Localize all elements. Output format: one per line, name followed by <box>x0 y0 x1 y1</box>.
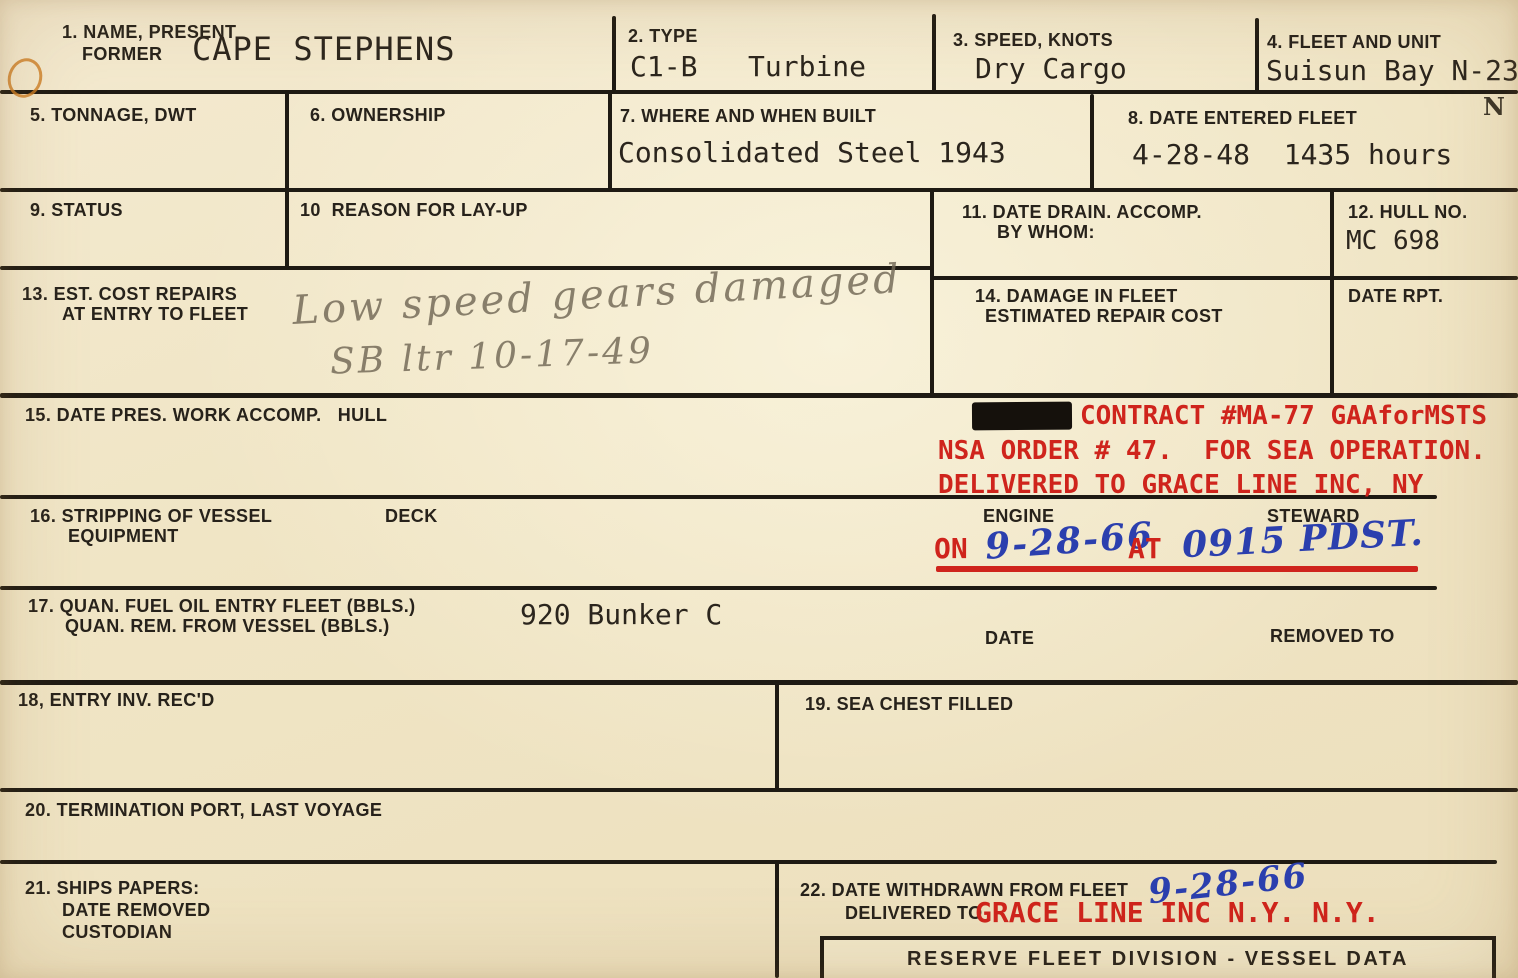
field21-label-date-removed: DATE REMOVED <box>62 900 210 921</box>
field5-label: 5. TONNAGE, DWT <box>30 105 197 126</box>
field3-label: 3. SPEED, KNOTS <box>953 30 1113 51</box>
field11-label-by-whom: BY WHOM: <box>997 222 1095 243</box>
field1-label-former: FORMER <box>82 44 162 65</box>
field8-value-date-entered: 4-28-48 1435 hours <box>1132 138 1452 171</box>
grid-line <box>930 188 934 398</box>
date-rpt-label: DATE RPT. <box>1348 286 1443 307</box>
field12-value-hull-no: MC 698 <box>1346 226 1440 256</box>
field4-label: 4. FLEET AND UNIT <box>1267 32 1441 53</box>
field16-label-equipment: EQUIPMENT <box>68 526 179 547</box>
field7-label: 7. WHERE AND WHEN BUILT <box>620 106 876 127</box>
field1-value-ship-name: CAPE STEPHENS <box>192 30 455 68</box>
field13-label: 13. EST. COST REPAIRS <box>22 284 237 305</box>
field3-value-speed: Dry Cargo <box>975 52 1127 85</box>
vessel-data-card: 1. NAME, PRESENT FORMER CAPE STEPHENS 2.… <box>0 0 1518 978</box>
banner-title: RESERVE FLEET DIVISION - VESSEL DATA <box>907 948 1409 971</box>
grid-line <box>285 90 289 192</box>
grid-line <box>1255 18 1259 92</box>
field16-label: 16. STRIPPING OF VESSEL <box>30 506 272 527</box>
column-deck-label: DECK <box>385 506 438 527</box>
stamp-contract-line3: DELIVERED TO GRACE LINE INC, NY <box>938 470 1423 500</box>
grid-line <box>0 90 1518 94</box>
field15-label: 15. DATE PRES. WORK ACCOMP. HULL <box>25 405 387 426</box>
field17-label: 17. QUAN. FUEL OIL ENTRY FLEET (BBLS.) <box>28 596 416 617</box>
stamp-contract-line1: CONTRACT #MA-77 GAAforMSTS <box>1080 401 1487 431</box>
stamp-on-word: ON <box>934 532 968 565</box>
column-removed-to-label: REMOVED TO <box>1270 626 1395 647</box>
field9-label: 9. STATUS <box>30 200 123 221</box>
field2-label: 2. TYPE <box>628 26 698 47</box>
field19-label: 19. SEA CHEST FILLED <box>805 694 1013 715</box>
field20-label: 20. TERMINATION PORT, LAST VOYAGE <box>25 800 382 821</box>
grid-line <box>930 276 1518 280</box>
field21-label: 21. SHIPS PAPERS: <box>25 878 200 899</box>
field11-label: 11. DATE DRAIN. ACCOMP. <box>962 202 1202 223</box>
grid-line <box>1090 94 1094 192</box>
obliterated-stamp-word <box>972 402 1072 431</box>
handwritten-corner-note: N <box>1483 92 1505 121</box>
field14-label: 14. DAMAGE IN FLEET <box>975 286 1178 307</box>
handwritten-delivery-time: 0915 PDST. <box>1181 512 1425 567</box>
grid-line <box>285 188 289 270</box>
field6-label: 6. OWNERSHIP <box>310 105 446 126</box>
pencil-note-line2: SB ltr 10-17-49 <box>329 330 654 382</box>
stamp-delivered-to-grace-line: GRACE LINE INC N.Y. N.Y. <box>975 896 1380 929</box>
field17-label-removed: QUAN. REM. FROM VESSEL (BBLS.) <box>65 616 390 637</box>
stamp-contract-line2: NSA ORDER # 47. FOR SEA OPERATION. <box>938 436 1486 466</box>
grid-line <box>932 14 936 92</box>
grid-line <box>0 680 1518 685</box>
field8-label: 8. DATE ENTERED FLEET <box>1128 108 1357 129</box>
grid-line <box>775 680 779 792</box>
field12-label: 12. HULL NO. <box>1348 202 1468 223</box>
field7-value-built: Consolidated Steel 1943 <box>618 136 1006 169</box>
grid-line <box>775 860 779 978</box>
stamp-at-word: AT <box>1128 532 1162 565</box>
grid-line <box>1330 188 1334 398</box>
banner-box: RESERVE FLEET DIVISION - VESSEL DATA <box>820 936 1496 978</box>
field2-value-type: C1-B Turbine <box>630 50 866 83</box>
grid-line <box>612 16 616 92</box>
field17-value-fuel: 920 Bunker C <box>520 598 722 631</box>
grid-line <box>0 586 1437 590</box>
field4-value-fleet-unit: Suisun Bay N-23 <box>1266 54 1518 87</box>
orange-circle-mark <box>3 54 48 103</box>
field22-label-delivered-to: DELIVERED TO <box>845 903 983 924</box>
red-underline <box>936 566 1418 572</box>
grid-line <box>0 393 1518 398</box>
column-date-label: DATE <box>985 628 1034 649</box>
field13-label-entry: AT ENTRY TO FLEET <box>62 304 248 325</box>
grid-line <box>0 788 1518 792</box>
field21-label-custodian: CUSTODIAN <box>62 922 172 943</box>
grid-line <box>0 188 1518 192</box>
grid-line <box>608 90 612 192</box>
field10-label: 10 REASON FOR LAY-UP <box>300 200 528 221</box>
field18-label: 18, ENTRY INV. REC'D <box>18 690 215 711</box>
field14-label-est-cost: ESTIMATED REPAIR COST <box>985 306 1223 327</box>
